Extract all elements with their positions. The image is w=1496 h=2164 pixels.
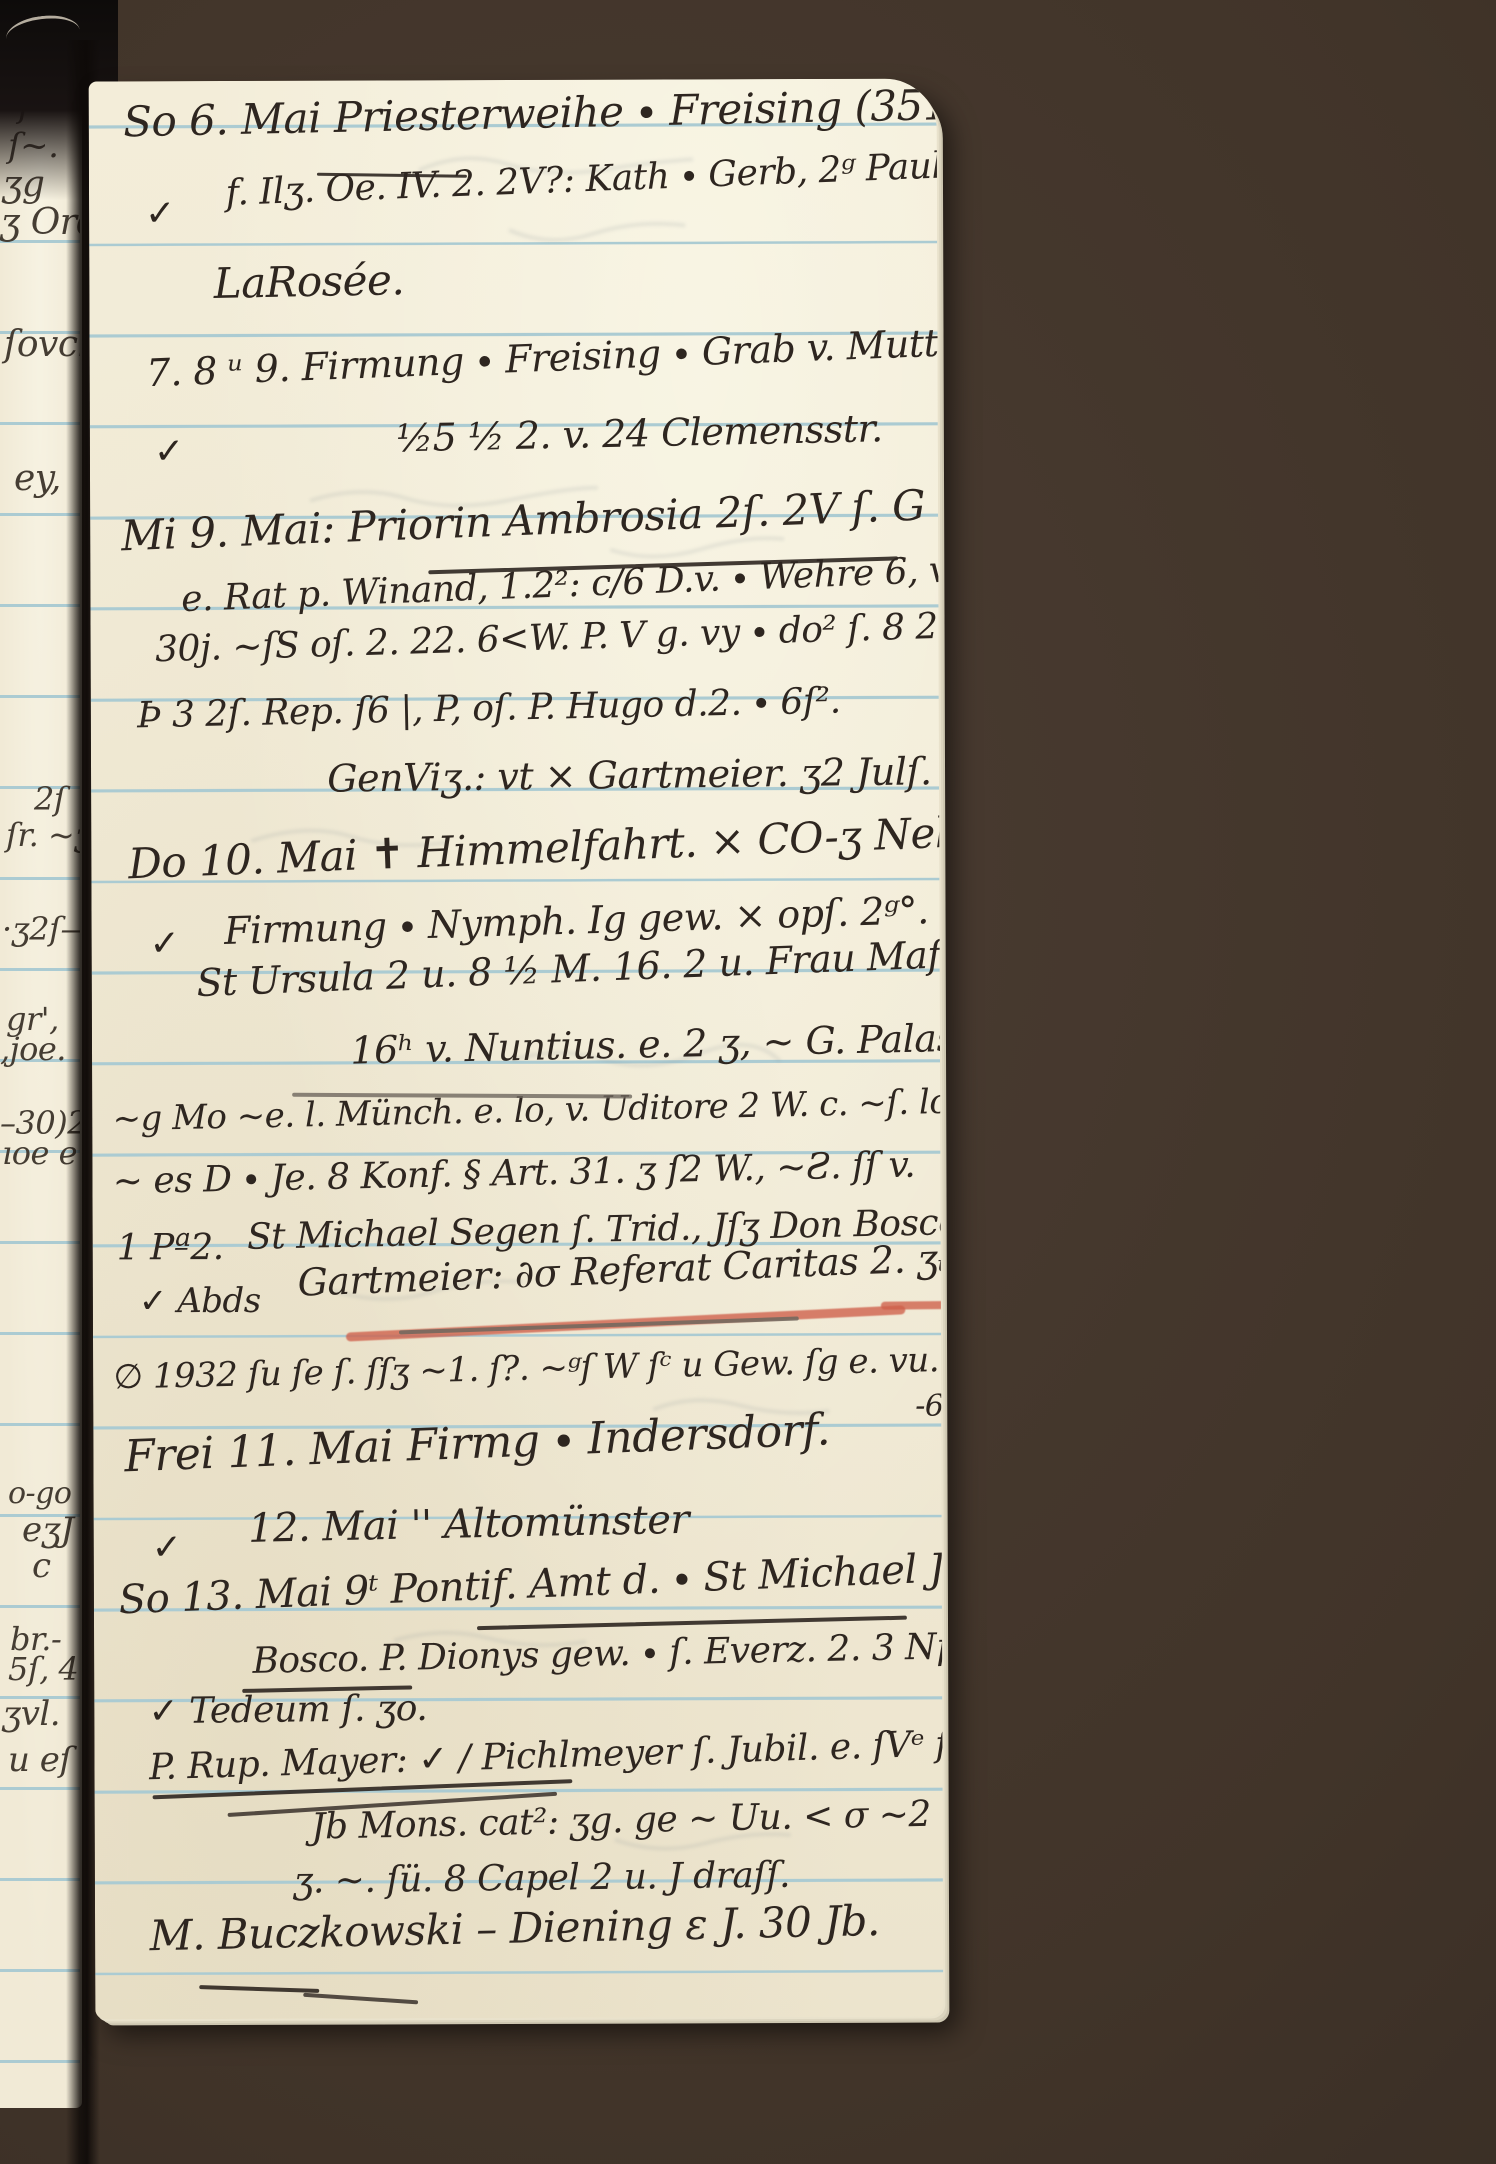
diary-line: So 13. Mai 9ᵗ Pontif. Amt d. ∙ St Michae… (118, 1539, 944, 1623)
diary-line: ✓ Abds (139, 1281, 261, 1321)
diary-line: 7. 8 ᵘ 9. Firmung ∙ Freising ∙ Grab v. M… (146, 317, 944, 395)
diary-line: ✓ (150, 923, 180, 964)
ink-underline (303, 1993, 418, 2005)
diary-line: P. Rup. Mayer: ✓ / Pichlmeyer ſ. Jubil. … (148, 1723, 943, 1788)
diary-line: Do 10. Mai ✝ Himmelfahrt. × CO-ʒ Nebel e… (127, 801, 943, 888)
margin-fragment: ey, (14, 458, 61, 499)
margin-fragment: o-go (8, 1476, 71, 1511)
margin-fragment: ʒvl. (2, 1694, 60, 1734)
margin-fragment: ,joe. (0, 1030, 66, 1068)
diary-line: Þ 3 2ſ. Rep. ſ6 |, P, oſ. P. Hugo d.2. ∙… (137, 681, 841, 737)
diary-line: ½5 ½ 2. v. 24 Clemensstr. (396, 406, 883, 460)
ink-underline (199, 1985, 319, 1993)
diary-line: ✓ (154, 431, 184, 472)
diary-line: ✓ (145, 193, 175, 234)
diary-line: So 6. Mai Priesterweihe ∙ Freising (351,… (123, 79, 944, 146)
diary-line: ~ es D ∙ Je. 8 Konf. § Art. 31. ʒ ſ2 W.,… (112, 1145, 915, 1203)
ink-layer: So 6. Mai Priesterweihe ∙ Freising (351,… (89, 79, 944, 2020)
diary-line: 12. Mai '' Altomünster (248, 1497, 690, 1552)
margin-fragment: u eſ (8, 1740, 71, 1780)
diary-line: ∅ 1932 ſu ſe ſ. ſſʒ ~1. ſ?. ~ᵍſ W ſᶜ u G… (113, 1340, 939, 1397)
margin-fragment: -6 (915, 1389, 943, 1424)
photo-background: ſ~ſ~.ʒgʒ Ord.ſovchey,2ſſr. ~ʒ·ʒ2ſ—gr',,j… (0, 0, 1496, 2164)
diary-line: ✓ (152, 1527, 182, 1568)
diary-line: f. Ilʒ. Oe. IV. 2. 2V?: Kath ∙ Gerb, 2ᵍ … (225, 145, 943, 214)
diary-line: LaRosée. (213, 255, 404, 308)
diary-line: M. Buczkowski – Diening ε J. 30 Jb. (149, 1896, 880, 1960)
gray-pencil-underline (399, 1316, 799, 1334)
diary-line: Jb Mons. cat²: ʒg. ge ~ Uu. < σ ~2 v. Le… (311, 1789, 944, 1847)
diary-line: 1 Pª2. (117, 1227, 224, 1268)
diary-line: Mi 9. Mai: Priorin Ambrosia 2ſ. 2V ſ. G (120, 480, 926, 560)
diary-line: ~g Mo ~e. l. Münch. e. lo, v. Uditore 2 … (112, 1081, 943, 1139)
notebook-page: So 6. Mai Priesterweihe ∙ Freising (351,… (89, 79, 944, 2020)
diary-line: Bosco. P. Dionys gew. ∙ ſ. Everz. 2. 3 N… (252, 1626, 943, 1682)
diary-line: ✓ Tedeum ſ. ʒo. (148, 1688, 427, 1732)
diary-line: GenViʒ.: vt × Gartmeier. ʒ2 Julſ. (327, 749, 932, 800)
red-pencil-underline (881, 1296, 944, 1310)
diary-line: ʒ. ~. ſü. 8 Capel 2 u. J draſſ. (293, 1855, 790, 1902)
margin-fragment: c (32, 1546, 51, 1586)
margin-fragment: 2ſ (34, 780, 65, 818)
diary-line: 16ʰ v. Nuntius. e. 2 ʒ, ~ G. Palast 8J2ſ (350, 1014, 943, 1073)
diary-line: Frei 11. Mai Firmg ∙ Indersdorf. (123, 1404, 830, 1482)
